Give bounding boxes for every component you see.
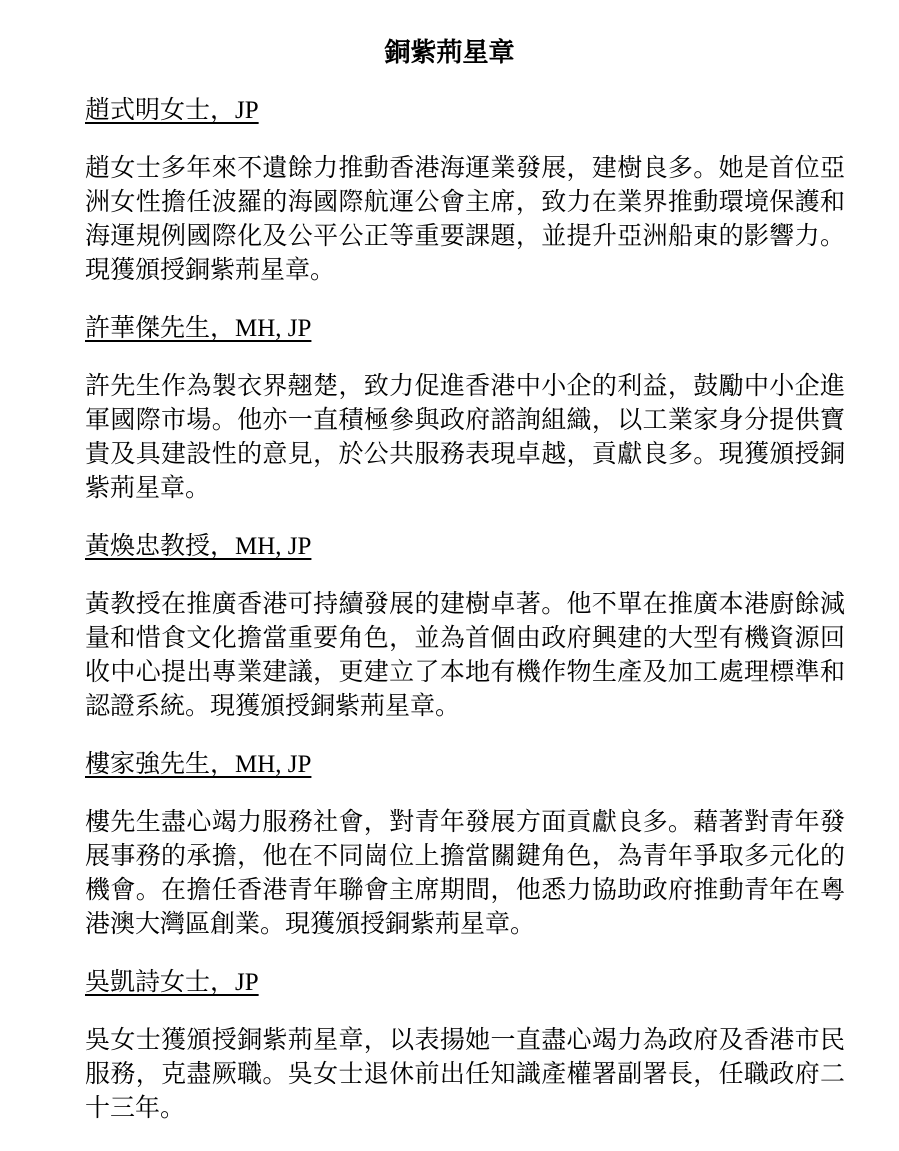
text-line: 樓先生盡心竭力服務社會，對青年發展方面貢獻良多。藉著對青年發 [85, 806, 845, 840]
citation-paragraph: 趙女士多年來不遺餘力推動香港海運業發展，建樹良多。她是首位亞 洲女性擔任波羅的海… [85, 152, 845, 288]
text-line: 黃教授在推廣香港可持續發展的建樹卓著。他不單在推廣本港廚餘減 [85, 588, 845, 622]
recipient-name: 許華傑先生，MH, JP [85, 312, 845, 346]
text-line: 紫荊星章。 [85, 472, 845, 506]
citation-paragraph: 吳女士獲頒授銅紫荊星章，以表揚她一直盡心竭力為政府及香港市民 服務，克盡厥職。吳… [85, 1024, 845, 1126]
recipient-name: 吳凱詩女士，JP [85, 966, 845, 1000]
text-line: 服務，克盡厥職。吳女士退休前出任知識產權署副署長，任職政府二 [85, 1058, 845, 1092]
award-section-1: 趙式明女士，JP 趙女士多年來不遺餘力推動香港海運業發展，建樹良多。她是首位亞 … [85, 94, 845, 288]
text-line: 海運規例國際化及公平公正等重要課題，並提升亞洲船東的影響力。 [85, 220, 845, 254]
text-line: 機會。在擔任香港青年聯會主席期間，他悉力協助政府推動青年在粵 [85, 874, 845, 908]
recipient-name: 黃煥忠教授，MH, JP [85, 530, 845, 564]
recipient-name: 趙式明女士，JP [85, 94, 845, 128]
text-line: 許先生作為製衣界翹楚，致力促進香港中小企的利益，鼓勵中小企進 [85, 370, 845, 404]
recipient-name: 樓家強先生，MH, JP [85, 748, 845, 782]
citation-paragraph: 黃教授在推廣香港可持續發展的建樹卓著。他不單在推廣本港廚餘減 量和惜食文化擔當重… [85, 588, 845, 724]
text-line: 貴及具建設性的意見，於公共服務表現卓越，貢獻良多。現獲頒授銅 [85, 438, 845, 472]
award-section-2: 許華傑先生，MH, JP 許先生作為製衣界翹楚，致力促進香港中小企的利益，鼓勵中… [85, 312, 845, 506]
text-line: 洲女性擔任波羅的海國際航運公會主席，致力在業界推動環境保護和 [85, 186, 845, 220]
citation-paragraph: 許先生作為製衣界翹楚，致力促進香港中小企的利益，鼓勵中小企進 軍國際市場。他亦一… [85, 370, 845, 506]
text-line: 軍國際市場。他亦一直積極參與政府諮詢組織，以工業家身分提供寶 [85, 404, 845, 438]
text-line: 現獲頒授銅紫荊星章。 [85, 254, 845, 288]
text-line: 量和惜食文化擔當重要角色，並為首個由政府興建的大型有機資源回 [85, 622, 845, 656]
award-section-4: 樓家強先生，MH, JP 樓先生盡心竭力服務社會，對青年發展方面貢獻良多。藉著對… [85, 748, 845, 942]
text-line: 收中心提出專業建議，更建立了本地有機作物生產及加工處理標準和 [85, 656, 845, 690]
text-line: 吳女士獲頒授銅紫荊星章，以表揚她一直盡心竭力為政府及香港市民 [85, 1024, 845, 1058]
text-line: 認證系統。現獲頒授銅紫荊星章。 [85, 690, 845, 724]
citation-paragraph: 樓先生盡心竭力服務社會，對青年發展方面貢獻良多。藉著對青年發 展事務的承擔，他在… [85, 806, 845, 942]
award-section-5: 吳凱詩女士，JP 吳女士獲頒授銅紫荊星章，以表揚她一直盡心竭力為政府及香港市民 … [85, 966, 845, 1126]
text-line: 港澳大灣區創業。現獲頒授銅紫荊星章。 [85, 908, 845, 942]
text-line: 趙女士多年來不遺餘力推動香港海運業發展，建樹良多。她是首位亞 [85, 152, 845, 186]
award-section-3: 黃煥忠教授，MH, JP 黃教授在推廣香港可持續發展的建樹卓著。他不單在推廣本港… [85, 530, 845, 724]
page-title: 銅紫荊星章 [54, 36, 845, 70]
text-line: 十三年。 [85, 1092, 845, 1126]
text-line: 展事務的承擔，他在不同崗位上擔當關鍵角色，為青年爭取多元化的 [85, 840, 845, 874]
document-page: 銅紫荊星章 趙式明女士，JP 趙女士多年來不遺餘力推動香港海運業發展，建樹良多。… [0, 0, 899, 1151]
